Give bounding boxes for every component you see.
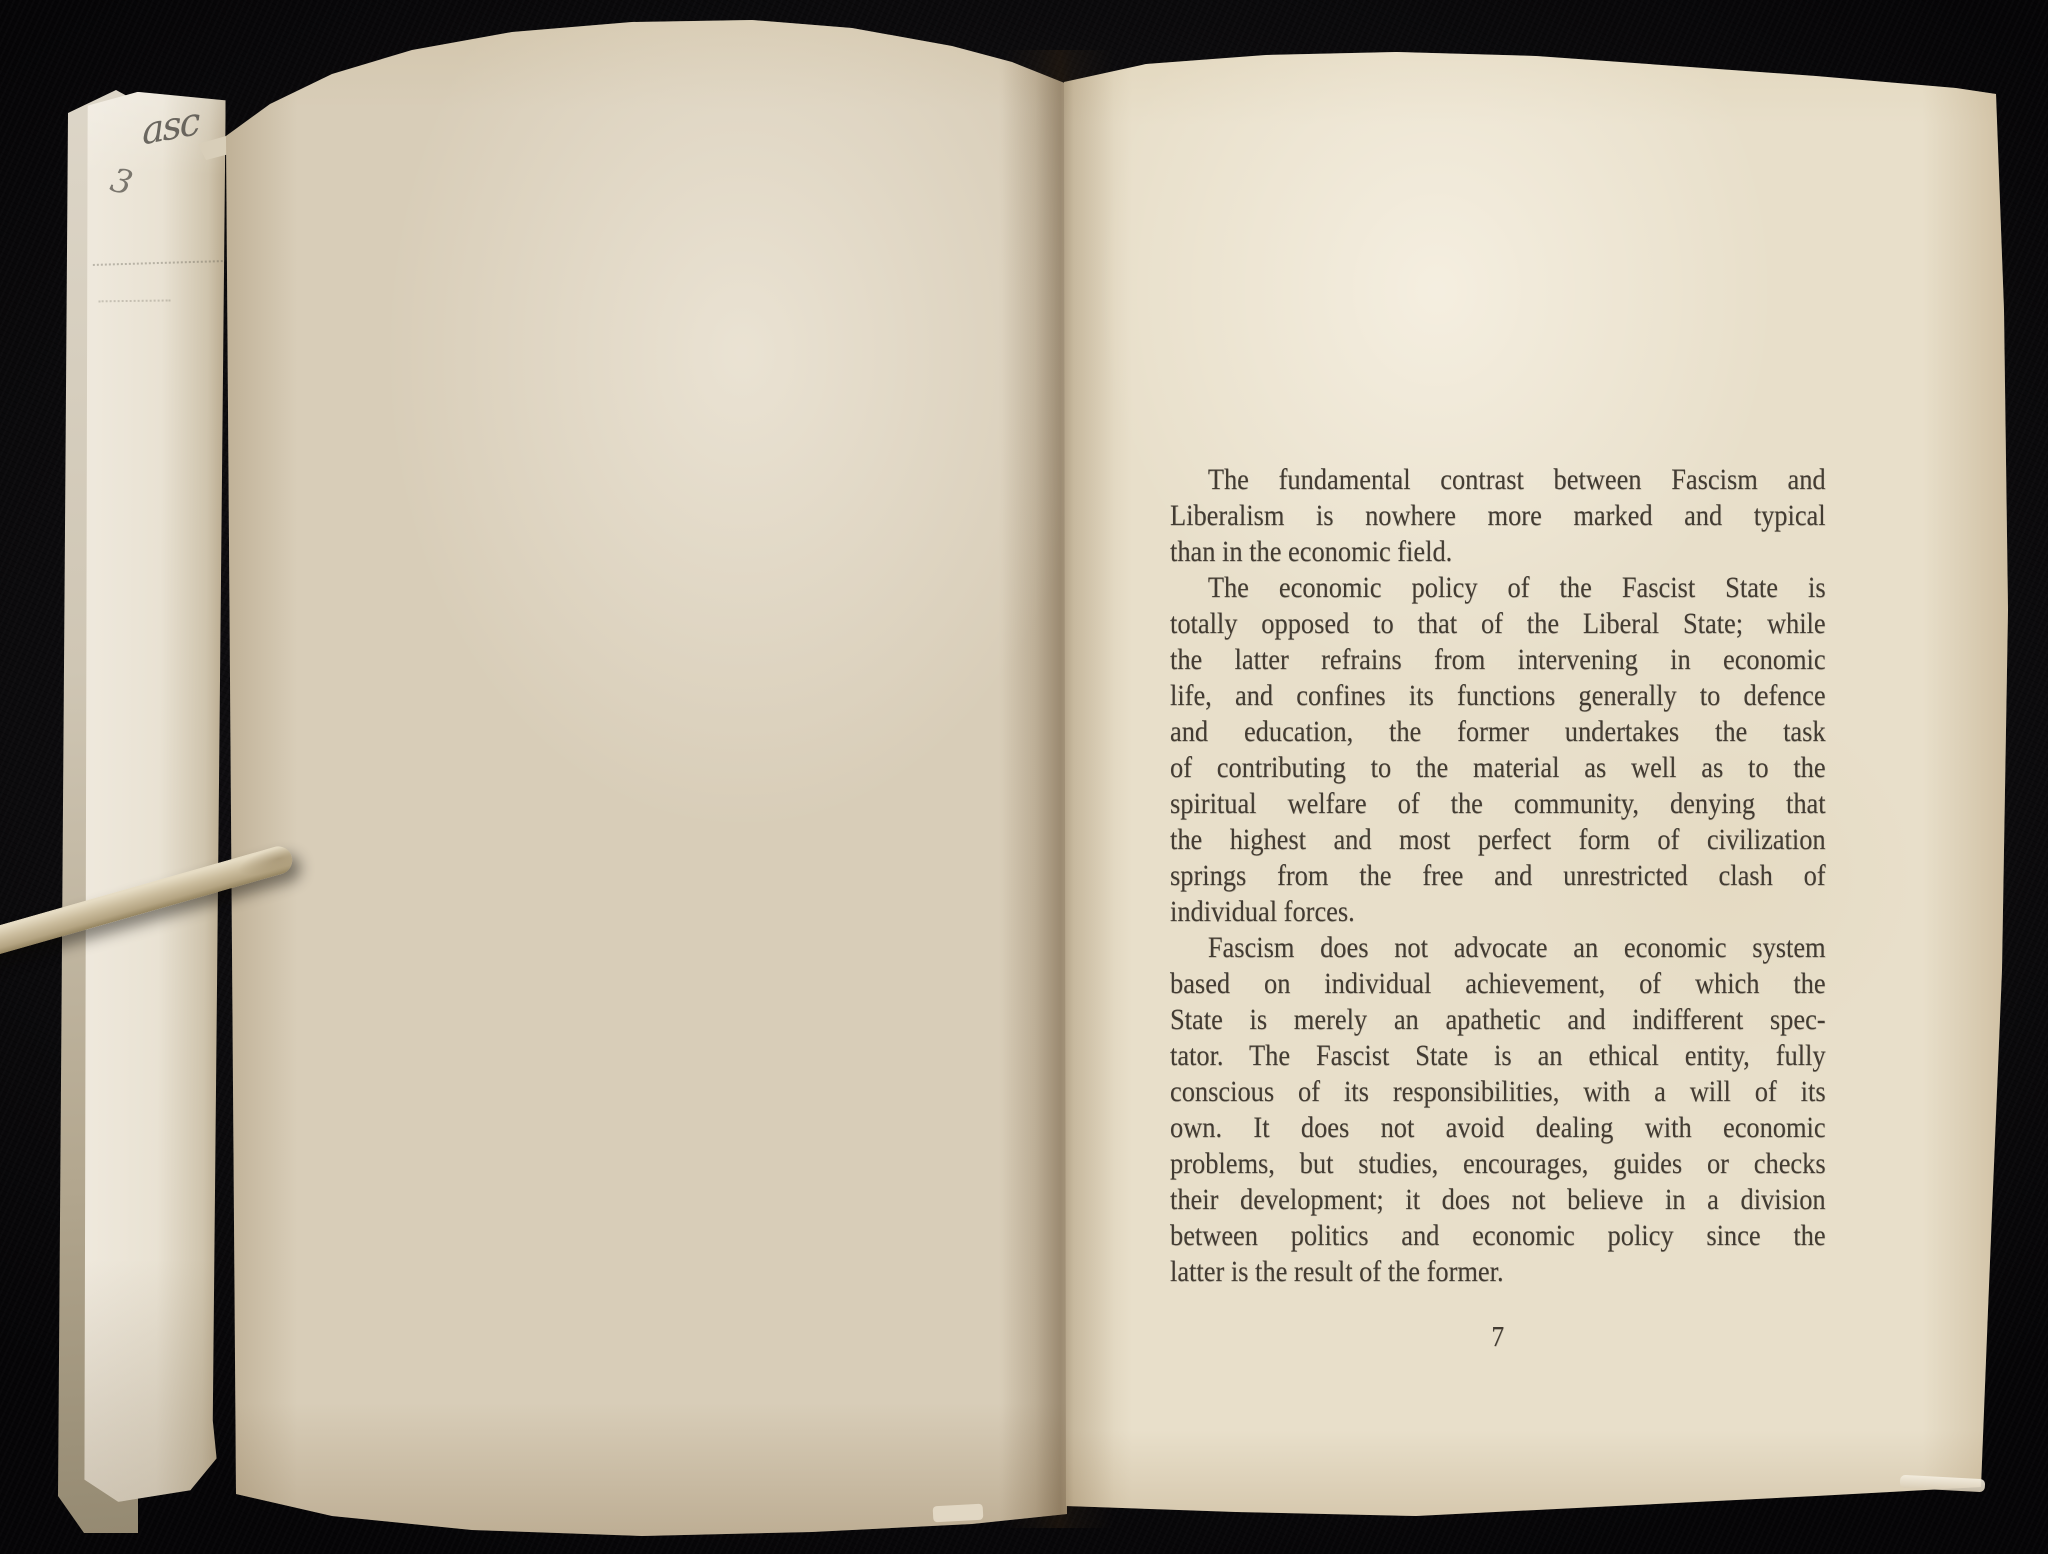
text-line: State is merely an apathetic and indiffe… [1170,1002,1826,1038]
page-edge-fragment [933,1504,984,1523]
handwriting-annotation: asc [141,99,200,154]
printed-text-block: The fundamental contrast between Fascism… [1170,462,1826,1354]
photo-background: asc 3 The fundamental contrast between F… [0,0,2048,1554]
text-line: problems, but studies, encourages, guide… [1170,1146,1826,1182]
text-line: springs from the free and unrestricted c… [1170,858,1826,894]
text-line: individual forces. [1170,894,1826,930]
right-printed-page: The fundamental contrast between Fascism… [1056,50,2008,1550]
text-line: The fundamental contrast between Fascism… [1170,462,1826,498]
faint-pencil-line [93,260,223,266]
text-line: latter is the result of the former. [1170,1254,1826,1290]
handwriting-mark: 3 [107,160,137,203]
text-line: Liberalism is nowhere more marked and ty… [1170,498,1826,534]
text-line: conscious of its responsibilities, with … [1170,1074,1826,1110]
text-line: than in the economic field. [1170,534,1826,570]
text-line: life, and confines its functions general… [1170,678,1826,714]
open-book: asc 3 The fundamental contrast between F… [0,0,2048,1554]
faint-pencil-line [99,299,171,302]
text-line: The economic policy of the Fascist State… [1170,570,1826,606]
flyleaf-page: asc 3 [78,90,225,1516]
text-line: the highest and most perfect form of civ… [1170,822,1826,858]
text-line: Fascism does not advocate an economic sy… [1170,930,1826,966]
text-line: their development; it does not believe i… [1170,1182,1826,1218]
text-line: of contributing to the material as well … [1170,750,1826,786]
left-blank-page [212,18,1067,1540]
text-line: totally opposed to that of the Liberal S… [1170,606,1826,642]
page-number: 7 [1170,1320,1826,1354]
text-line: and education, the former undertakes the… [1170,714,1826,750]
text-line: own. It does not avoid dealing with econ… [1170,1110,1826,1146]
text-line: spiritual welfare of the community, deny… [1170,786,1826,822]
text-line: between politics and economic policy sin… [1170,1218,1826,1254]
text-line: tator. The Fascist State is an ethical e… [1170,1038,1826,1074]
text-line: the latter refrains from intervening in … [1170,642,1826,678]
text-line: based on individual achievement, of whic… [1170,966,1826,1002]
